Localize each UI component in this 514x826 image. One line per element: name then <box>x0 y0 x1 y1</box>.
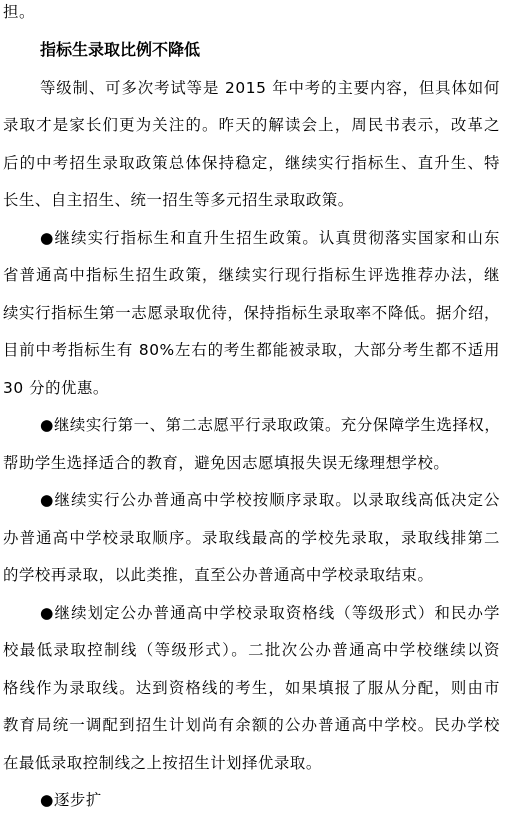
bullet-line: ●继续划定公办普通高中学校录取资格线（等级形式）和民办学 <box>40 603 500 623</box>
text-line: 录取才是家长们更为关注的。昨天的解读会上，周民书表示，改革之 <box>3 115 500 135</box>
text-line: 办普通高中学校录取顺序。录取线最高的学校先录取，录取线排第二 <box>3 528 500 548</box>
text-line: 目前中考指标生有 80%左右的考生都能被录取，大部分考生都不适用 <box>3 340 500 360</box>
text-line: 格线作为录取线。达到资格线的考生，如果填报了服从分配，则由市 <box>3 678 500 698</box>
text-line: 省普通高中指标生招生政策，继续实行现行指标生评选推荐办法，继 <box>3 265 500 285</box>
text-line: 在最低录取控制线之上按招生计划择优录取。 <box>3 753 322 773</box>
bullet-line: ●逐步扩 <box>40 790 102 810</box>
text-line: 续实行指标生第一志愿录取优待，保持指标生录取率不降低。据介绍， <box>3 303 500 323</box>
text-line: 等级制、可多次考试等是 2015 年中考的主要内容，但具体如何 <box>40 78 500 98</box>
text-line: 后的中考招生录取政策总体保持稳定，继续实行指标生、直升生、特 <box>3 153 500 173</box>
text-line: 教育局统一调配到招生计划尚有余额的公办普通高中学校。民办学校 <box>3 715 500 735</box>
bullet-line: ●继续实行公办普通高中学校按顺序录取。以录取线高低决定公 <box>40 490 500 510</box>
bullet-line: ●继续实行第一、第二志愿平行录取政策。充分保障学生选择权， <box>40 415 500 435</box>
text-line: 的学校再录取，以此类推，直至公办普通高中学校录取结束。 <box>3 565 433 585</box>
text-line: 30 分的优惠。 <box>3 378 109 398</box>
text-line: 担。 <box>3 2 35 22</box>
text-line: 校最低录取控制线（等级形式）。二批次公办普通高中学校继续以资 <box>3 640 500 660</box>
section-heading: 指标生录取比例不降低 <box>40 40 200 60</box>
text-line: 长生、自主招生、统一招生等多元招生录取政策。 <box>3 190 354 210</box>
bullet-line: ●继续实行指标生和直升生招生政策。认真贯彻落实国家和山东 <box>40 228 500 248</box>
text-line: 帮助学生选择适合的教育，避免因志愿填报失误无缘理想学校。 <box>3 453 449 473</box>
